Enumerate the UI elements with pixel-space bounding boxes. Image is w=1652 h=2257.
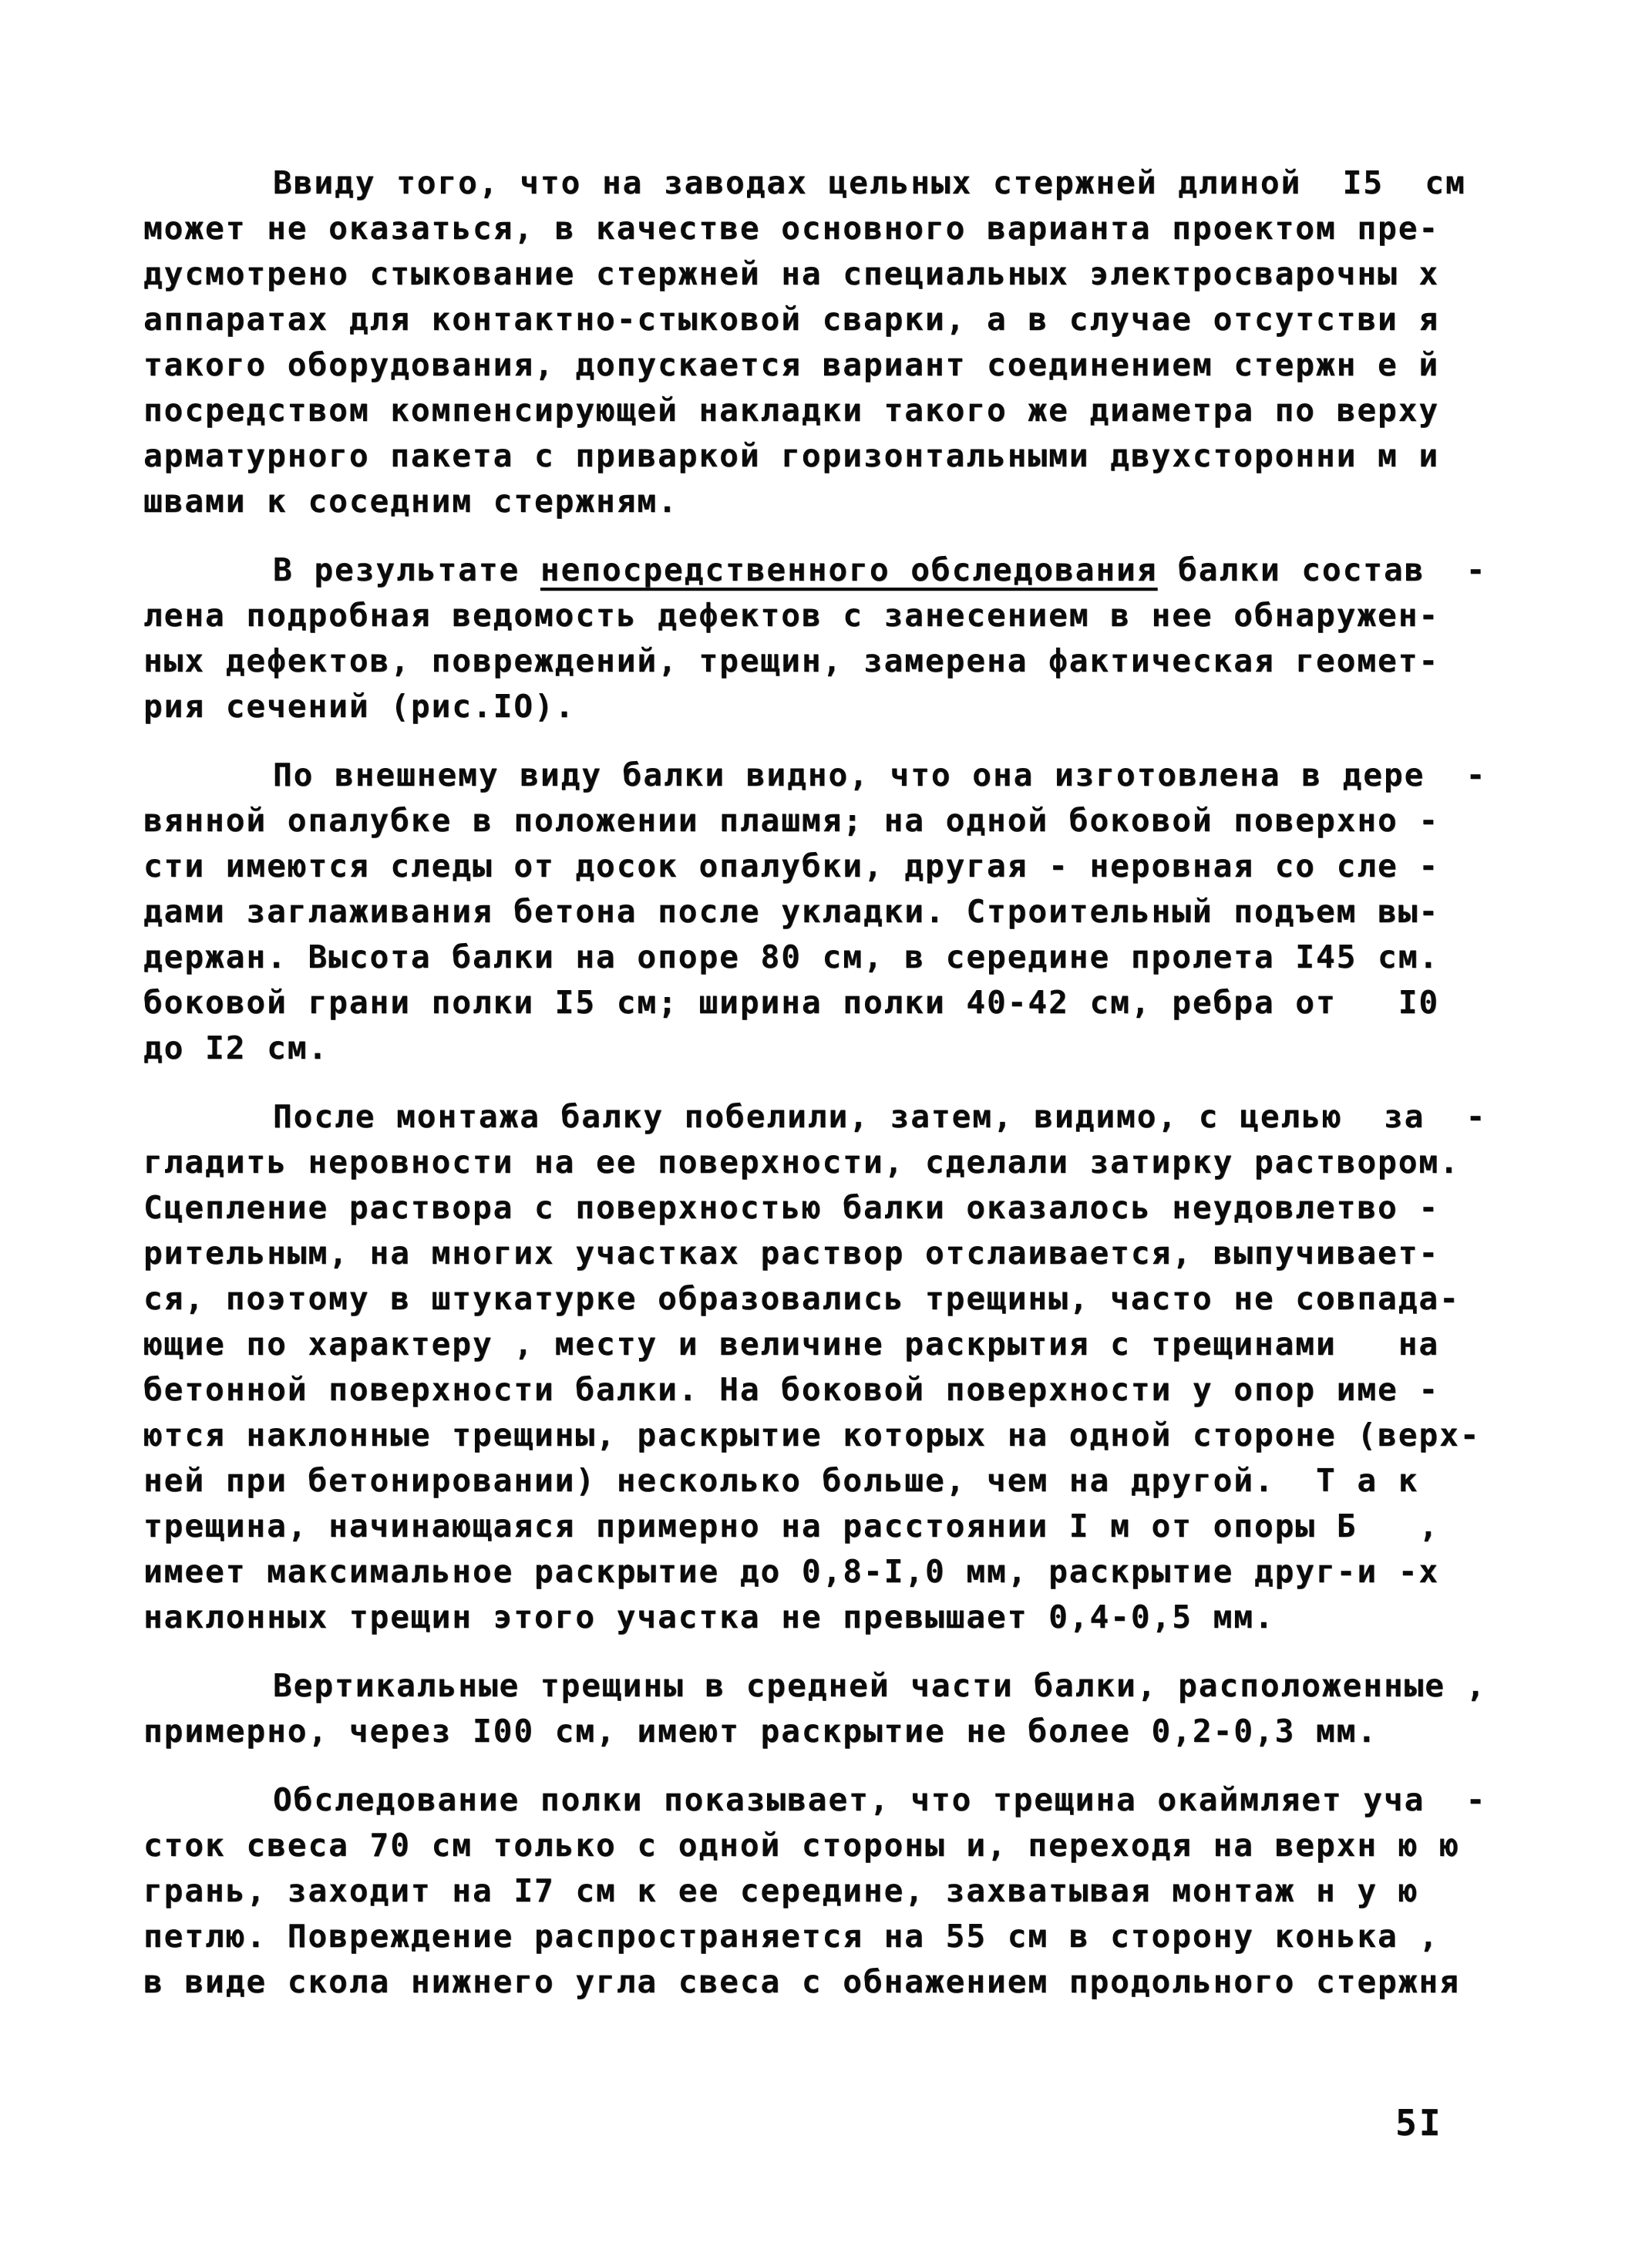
text-line: такого оборудования, допускается вариант…: [143, 342, 1523, 388]
underlined-text: непосредственного обследования: [540, 551, 1158, 588]
text-line: рительным, на многих участках раствор от…: [143, 1231, 1523, 1276]
text-line: Обследование полки показывает, что трещи…: [143, 1777, 1523, 1823]
text-line: дами заглаживания бетона после укладки. …: [143, 889, 1523, 935]
text-line: вянной опалубке в положении плашмя; на о…: [143, 798, 1523, 844]
text-line: примерно, через I00 см, имеют раскрытие …: [143, 1709, 1523, 1754]
text-line: ются наклонные трещины, раскрытие которы…: [143, 1413, 1523, 1458]
paragraph: Вертикальные трещины в средней части бал…: [143, 1663, 1523, 1754]
text-line: Вертикальные трещины в средней части бал…: [143, 1663, 1523, 1709]
document-body: Ввиду того, что на заводах цельных стерж…: [143, 160, 1523, 2028]
text-line: гладить неровности на ее поверхности, сд…: [143, 1140, 1523, 1185]
text-line: ных дефектов, повреждений, трещин, замер…: [143, 638, 1523, 684]
text-line: бетонной поверхности балки. На боковой п…: [143, 1367, 1523, 1413]
page-number: 5I: [1395, 2102, 1442, 2144]
text-line: ней при бетонировании) несколько больше,…: [143, 1458, 1523, 1504]
text-line: аппаратах для контактно-стыковой сварки,…: [143, 297, 1523, 342]
text-line: дусмотрено стыкование стержней на специа…: [143, 251, 1523, 297]
text-line: рия сечений (рис.IO).: [143, 684, 1523, 729]
text-line: ся, поэтому в штукатурке образовались тр…: [143, 1276, 1523, 1322]
text-line: петлю. Повреждение распространяется на 5…: [143, 1914, 1523, 1959]
text-line: ющие по характеру , месту и величине рас…: [143, 1322, 1523, 1367]
text-line: держан. Высота балки на опоре 80 см, в с…: [143, 935, 1523, 980]
text-line: имеет максимальное раскрытие до 0,8-I,0 …: [143, 1549, 1523, 1595]
text-line: в виде скола нижнего угла свеса с обнаже…: [143, 1959, 1523, 2005]
text-line: наклонных трещин этого участка не превыш…: [143, 1595, 1523, 1640]
text-segment: В результате: [273, 551, 540, 588]
text-line: сток свеса 70 см только с одной стороны …: [143, 1823, 1523, 1868]
text-line: Ввиду того, что на заводах цельных стерж…: [143, 160, 1523, 206]
paragraph: По внешнему виду балки видно, что она из…: [143, 753, 1523, 1071]
text-line: может не оказаться, в качестве основного…: [143, 206, 1523, 251]
text-line: По внешнему виду балки видно, что она из…: [143, 753, 1523, 798]
text-line: до I2 см.: [143, 1026, 1523, 1071]
text-line: боковой грани полки I5 см; ширина полки …: [143, 980, 1523, 1026]
text-line: трещина, начинающаяся примерно на рассто…: [143, 1504, 1523, 1549]
text-line: После монтажа балку побелили, затем, вид…: [143, 1094, 1523, 1140]
text-line: сти имеются следы от досок опалубки, дру…: [143, 844, 1523, 889]
paragraph: Обследование полки показывает, что трещи…: [143, 1777, 1523, 2005]
scanned-document-page: Ввиду того, что на заводах цельных стерж…: [0, 0, 1652, 2257]
text-line: швами к соседним стержням.: [143, 479, 1523, 524]
paragraph: Ввиду того, что на заводах цельных стерж…: [143, 160, 1523, 524]
text-line: посредством компенсирующей накладки тако…: [143, 388, 1523, 433]
text-line: арматурного пакета с приваркой горизонта…: [143, 433, 1523, 479]
text-line: В результате непосредственного обследова…: [143, 547, 1523, 593]
text-line: Сцепление раствора с поверхностью балки …: [143, 1185, 1523, 1231]
paragraph: После монтажа балку побелили, затем, вид…: [143, 1094, 1523, 1640]
text-segment: балки состав -: [1157, 551, 1486, 588]
text-line: грань, заходит на I7 см к ее середине, з…: [143, 1868, 1523, 1914]
text-line: лена подробная ведомость дефектов с зане…: [143, 593, 1523, 638]
paragraph: В результате непосредственного обследова…: [143, 547, 1523, 729]
